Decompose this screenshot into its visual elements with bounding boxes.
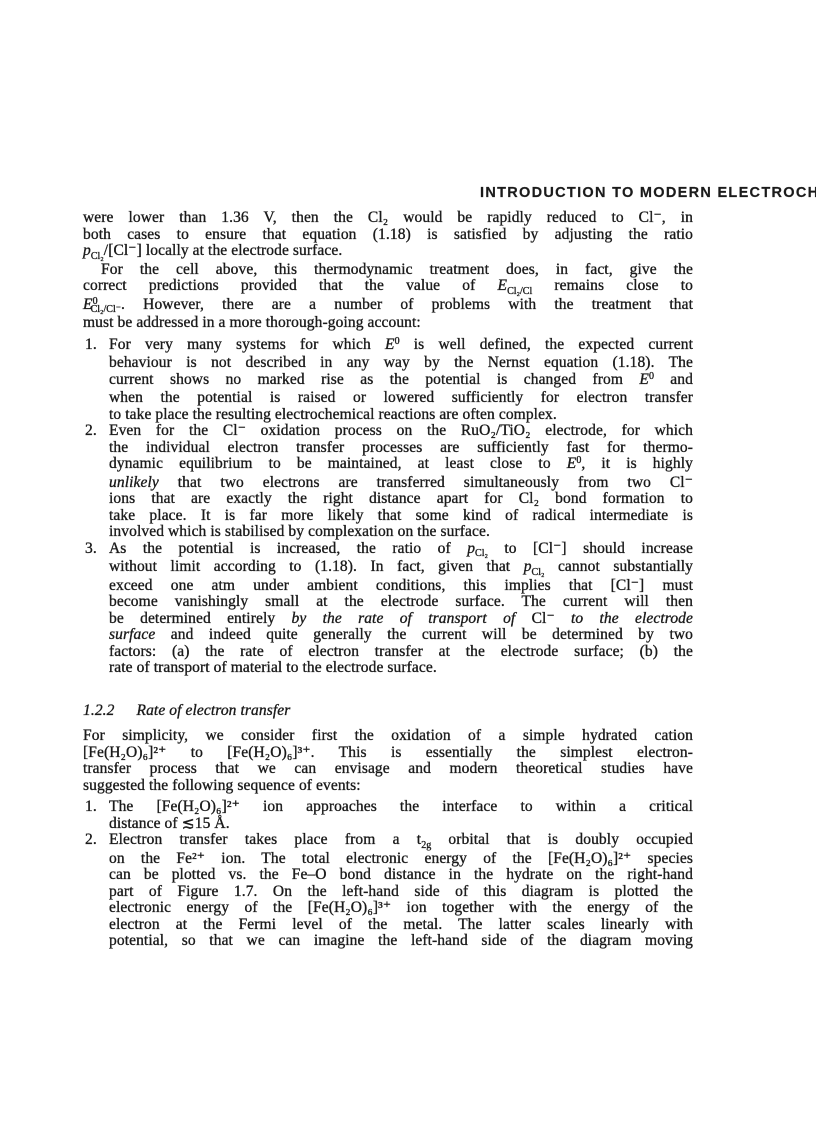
- text-segment: Cl₂: [532, 565, 545, 582]
- text-line: ions that are exactly the right distance…: [109, 491, 693, 508]
- text-segment: cannot substantially: [544, 558, 693, 575]
- text-line: when the potential is raised or lowered …: [109, 390, 693, 407]
- text-segment: Electron transfer takes place from a t: [109, 831, 421, 848]
- text-segment: electron at the Fermi level of the metal…: [109, 916, 693, 933]
- book-page: INTRODUCTION TO MODERN ELECTROCH were lo…: [0, 0, 816, 1123]
- list-item: 3.As the potential is increased, the rat…: [83, 541, 693, 677]
- text-segment: become vanishingly small at the electrod…: [109, 593, 693, 610]
- text-line: For simplicity, we consider first the ox…: [83, 728, 693, 745]
- numbered-list: 1.For very many systems for which E0 is …: [83, 337, 693, 677]
- text-segment: can be plotted vs. the Fe–O bond distanc…: [109, 866, 693, 883]
- text-segment: p: [83, 242, 91, 259]
- text-segment: Cl₂/Cl: [507, 284, 532, 301]
- text-line: become vanishingly small at the electrod…: [109, 594, 693, 611]
- list-item: 1.For very many systems for which E0 is …: [83, 337, 693, 424]
- list-item-number: 3.: [85, 541, 97, 558]
- text-segment: to the electrode: [571, 610, 693, 627]
- text-segment: As the potential is increased, the ratio…: [109, 540, 467, 557]
- text-line: distance of ≲15 Å.: [109, 816, 693, 833]
- text-line: suggested the following sequence of even…: [83, 778, 693, 795]
- text-segment: For simplicity, we consider first the ox…: [83, 727, 693, 744]
- text-line: dynamic equilibrium to be maintained, at…: [109, 456, 693, 475]
- text-segment: take place. It is far more likely that s…: [109, 507, 693, 524]
- text-line: surface and indeed quite generally the c…: [109, 627, 693, 644]
- text-line: As the potential is increased, the ratio…: [109, 541, 693, 560]
- text-line: were lower than 1.36 V, then the Cl₂ wou…: [83, 210, 693, 227]
- text-segment: 0: [649, 369, 654, 386]
- page-body: were lower than 1.36 V, then the Cl₂ wou…: [83, 210, 693, 950]
- text-segment: to [Cl⁻] should increase: [488, 540, 693, 557]
- list-item-number: 1.: [85, 799, 97, 816]
- text-line: take place. It is far more likely that s…: [109, 508, 693, 525]
- text-segment: that two electrons are transferred simul…: [159, 474, 693, 491]
- text-segment: and indeed quite generally the current w…: [155, 626, 693, 643]
- text-line: For the cell above, this thermodynamic t…: [83, 262, 693, 279]
- text-segment: remains close to: [532, 277, 693, 294]
- text-segment: involved which is stabilised by complexa…: [109, 523, 490, 540]
- text-segment: both cases to ensure that equation (1.18…: [83, 226, 693, 243]
- text-segment: is well defined, the expected current: [400, 336, 693, 353]
- text-segment: factors: (a) the rate of electron transf…: [109, 643, 693, 660]
- text-line: Electron transfer takes place from a t2g…: [109, 832, 693, 851]
- list-item: 2.Even for the Cl⁻ oxidation process on …: [83, 423, 693, 541]
- text-segment: when the potential is raised or lowered …: [109, 389, 693, 406]
- list-item-number: 2.: [85, 832, 97, 849]
- section-title: Rate of electron transfer: [137, 702, 291, 719]
- text-line: without limit according to (1.18). In fa…: [109, 559, 693, 578]
- text-segment: p: [467, 540, 475, 557]
- text-segment: to take place the resulting electrochemi…: [109, 406, 557, 423]
- text-line: transfer process that we can envisage an…: [83, 761, 693, 778]
- text-line: both cases to ensure that equation (1.18…: [83, 227, 693, 244]
- text-line: involved which is stabilised by complexa…: [109, 524, 693, 541]
- text-segment: and: [654, 371, 693, 388]
- text-segment: must be addressed in a more thorough-goi…: [83, 314, 421, 331]
- text-segment: E: [639, 371, 649, 388]
- text-line: The [Fe(H₂O)₆]²⁺ ion approaches the inte…: [109, 799, 693, 816]
- text-segment: For very many systems for which: [109, 336, 385, 353]
- text-segment: For the cell above, this thermodynamic t…: [101, 261, 693, 278]
- text-line: current shows no marked rise as the pote…: [109, 372, 693, 391]
- text-segment: Cl₂: [91, 249, 104, 266]
- text-segment: correct predictions provided that the va…: [83, 277, 498, 294]
- text-line: can be plotted vs. the Fe–O bond distanc…: [109, 867, 693, 884]
- text-line: pCl₂/[Cl⁻] locally at the electrode surf…: [83, 243, 693, 262]
- text-segment: E: [385, 336, 395, 353]
- text-segment: /[Cl⁻] locally at the electrode surface.: [104, 242, 343, 259]
- text-segment: exceed one atm under ambient conditions,…: [109, 577, 693, 594]
- text-segment: unlikely: [109, 474, 159, 491]
- text-segment: orbital that is doubly occupied: [431, 831, 693, 848]
- text-segment: current shows no marked rise as the pote…: [109, 371, 639, 388]
- text-line: E0Cl₂/Cl⁻. However, there are a number o…: [83, 297, 693, 316]
- text-line: For very many systems for which E0 is we…: [109, 337, 693, 356]
- text-line: to take place the resulting electrochemi…: [109, 407, 693, 424]
- list-item: 2.Electron transfer takes place from a t…: [83, 832, 693, 950]
- paragraph: were lower than 1.36 V, then the Cl₂ wou…: [83, 210, 693, 262]
- text-segment: 0: [395, 334, 400, 351]
- text-line: rate of transport of material to the ele…: [109, 660, 693, 677]
- text-segment: E: [498, 277, 508, 294]
- text-segment: electronic energy of the [Fe(H₂O)₆]³⁺ io…: [109, 899, 693, 916]
- text-segment: were lower than 1.36 V, then the Cl₂ wou…: [83, 209, 693, 226]
- text-segment: without limit according to (1.18). In fa…: [109, 558, 524, 575]
- text-line: be determined entirely by the rate of tr…: [109, 611, 693, 628]
- text-segment: by the rate of transport of: [291, 610, 515, 627]
- list-item-number: 2.: [85, 423, 97, 440]
- text-segment: ions that are exactly the right distance…: [109, 490, 693, 507]
- text-segment: behaviour is not described in any way by…: [109, 354, 693, 371]
- text-segment: the individual electron transfer process…: [109, 439, 693, 456]
- text-segment: suggested the following sequence of even…: [83, 777, 361, 794]
- text-segment: E: [567, 455, 577, 472]
- list-item-number: 1.: [85, 337, 97, 354]
- paragraph: For simplicity, we consider first the ox…: [83, 728, 693, 794]
- paragraph: For the cell above, this thermodynamic t…: [83, 262, 693, 332]
- list-item: 1.The [Fe(H₂O)₆]²⁺ ion approaches the in…: [83, 799, 693, 832]
- text-segment: distance of ≲15 Å.: [109, 815, 230, 832]
- text-segment: Cl₂/Cl⁻: [91, 302, 121, 319]
- text-segment: rate of transport of material to the ele…: [109, 659, 437, 676]
- text-segment: Even for the Cl⁻ oxidation process on th…: [109, 422, 693, 439]
- section-heading: 1.2.2Rate of electron transfer: [83, 703, 693, 720]
- text-line: Even for the Cl⁻ oxidation process on th…: [109, 423, 693, 440]
- text-segment: 2g: [421, 838, 431, 855]
- text-segment: be determined entirely: [109, 610, 291, 627]
- text-line: electron at the Fermi level of the metal…: [109, 917, 693, 934]
- text-segment: part of Figure 1.7. On the left-hand sid…: [109, 883, 693, 900]
- running-head: INTRODUCTION TO MODERN ELECTROCH: [480, 185, 816, 201]
- text-segment: Cl⁻: [515, 610, 571, 627]
- text-line: on the Fe²⁺ ion. The total electronic en…: [109, 851, 693, 868]
- text-segment: potential, so that we can imagine the le…: [109, 932, 693, 949]
- text-line: the individual electron transfer process…: [109, 440, 693, 457]
- text-line: [Fe(H₂O)₆]²⁺ to [Fe(H₂O)₆]³⁺. This is es…: [83, 745, 693, 762]
- text-segment: [Fe(H₂O)₆]²⁺ to [Fe(H₂O)₆]³⁺. This is es…: [83, 744, 693, 761]
- text-line: behaviour is not described in any way by…: [109, 355, 693, 372]
- text-line: unlikely that two electrons are transfer…: [109, 475, 693, 492]
- text-line: correct predictions provided that the va…: [83, 278, 693, 297]
- text-segment: Cl₂: [475, 546, 488, 563]
- text-segment: 0: [576, 453, 581, 470]
- numbered-list: 1.The [Fe(H₂O)₆]²⁺ ion approaches the in…: [83, 799, 693, 950]
- text-segment: The [Fe(H₂O)₆]²⁺ ion approaches the inte…: [109, 798, 693, 815]
- text-line: exceed one atm under ambient conditions,…: [109, 578, 693, 595]
- section-number: 1.2.2: [83, 702, 115, 719]
- text-segment: surface: [109, 626, 155, 643]
- text-segment: , it is highly: [581, 455, 693, 472]
- text-line: factors: (a) the rate of electron transf…: [109, 644, 693, 661]
- text-line: must be addressed in a more thorough-goi…: [83, 315, 693, 332]
- text-line: potential, so that we can imagine the le…: [109, 933, 693, 950]
- text-line: part of Figure 1.7. On the left-hand sid…: [109, 884, 693, 901]
- text-segment: dynamic equilibrium to be maintained, at…: [109, 455, 567, 472]
- text-segment: p: [524, 558, 532, 575]
- text-segment: . However, there are a number of problem…: [121, 296, 693, 313]
- text-segment: on the Fe²⁺ ion. The total electronic en…: [109, 850, 693, 867]
- text-segment: transfer process that we can envisage an…: [83, 760, 693, 777]
- text-line: electronic energy of the [Fe(H₂O)₆]³⁺ io…: [109, 900, 693, 917]
